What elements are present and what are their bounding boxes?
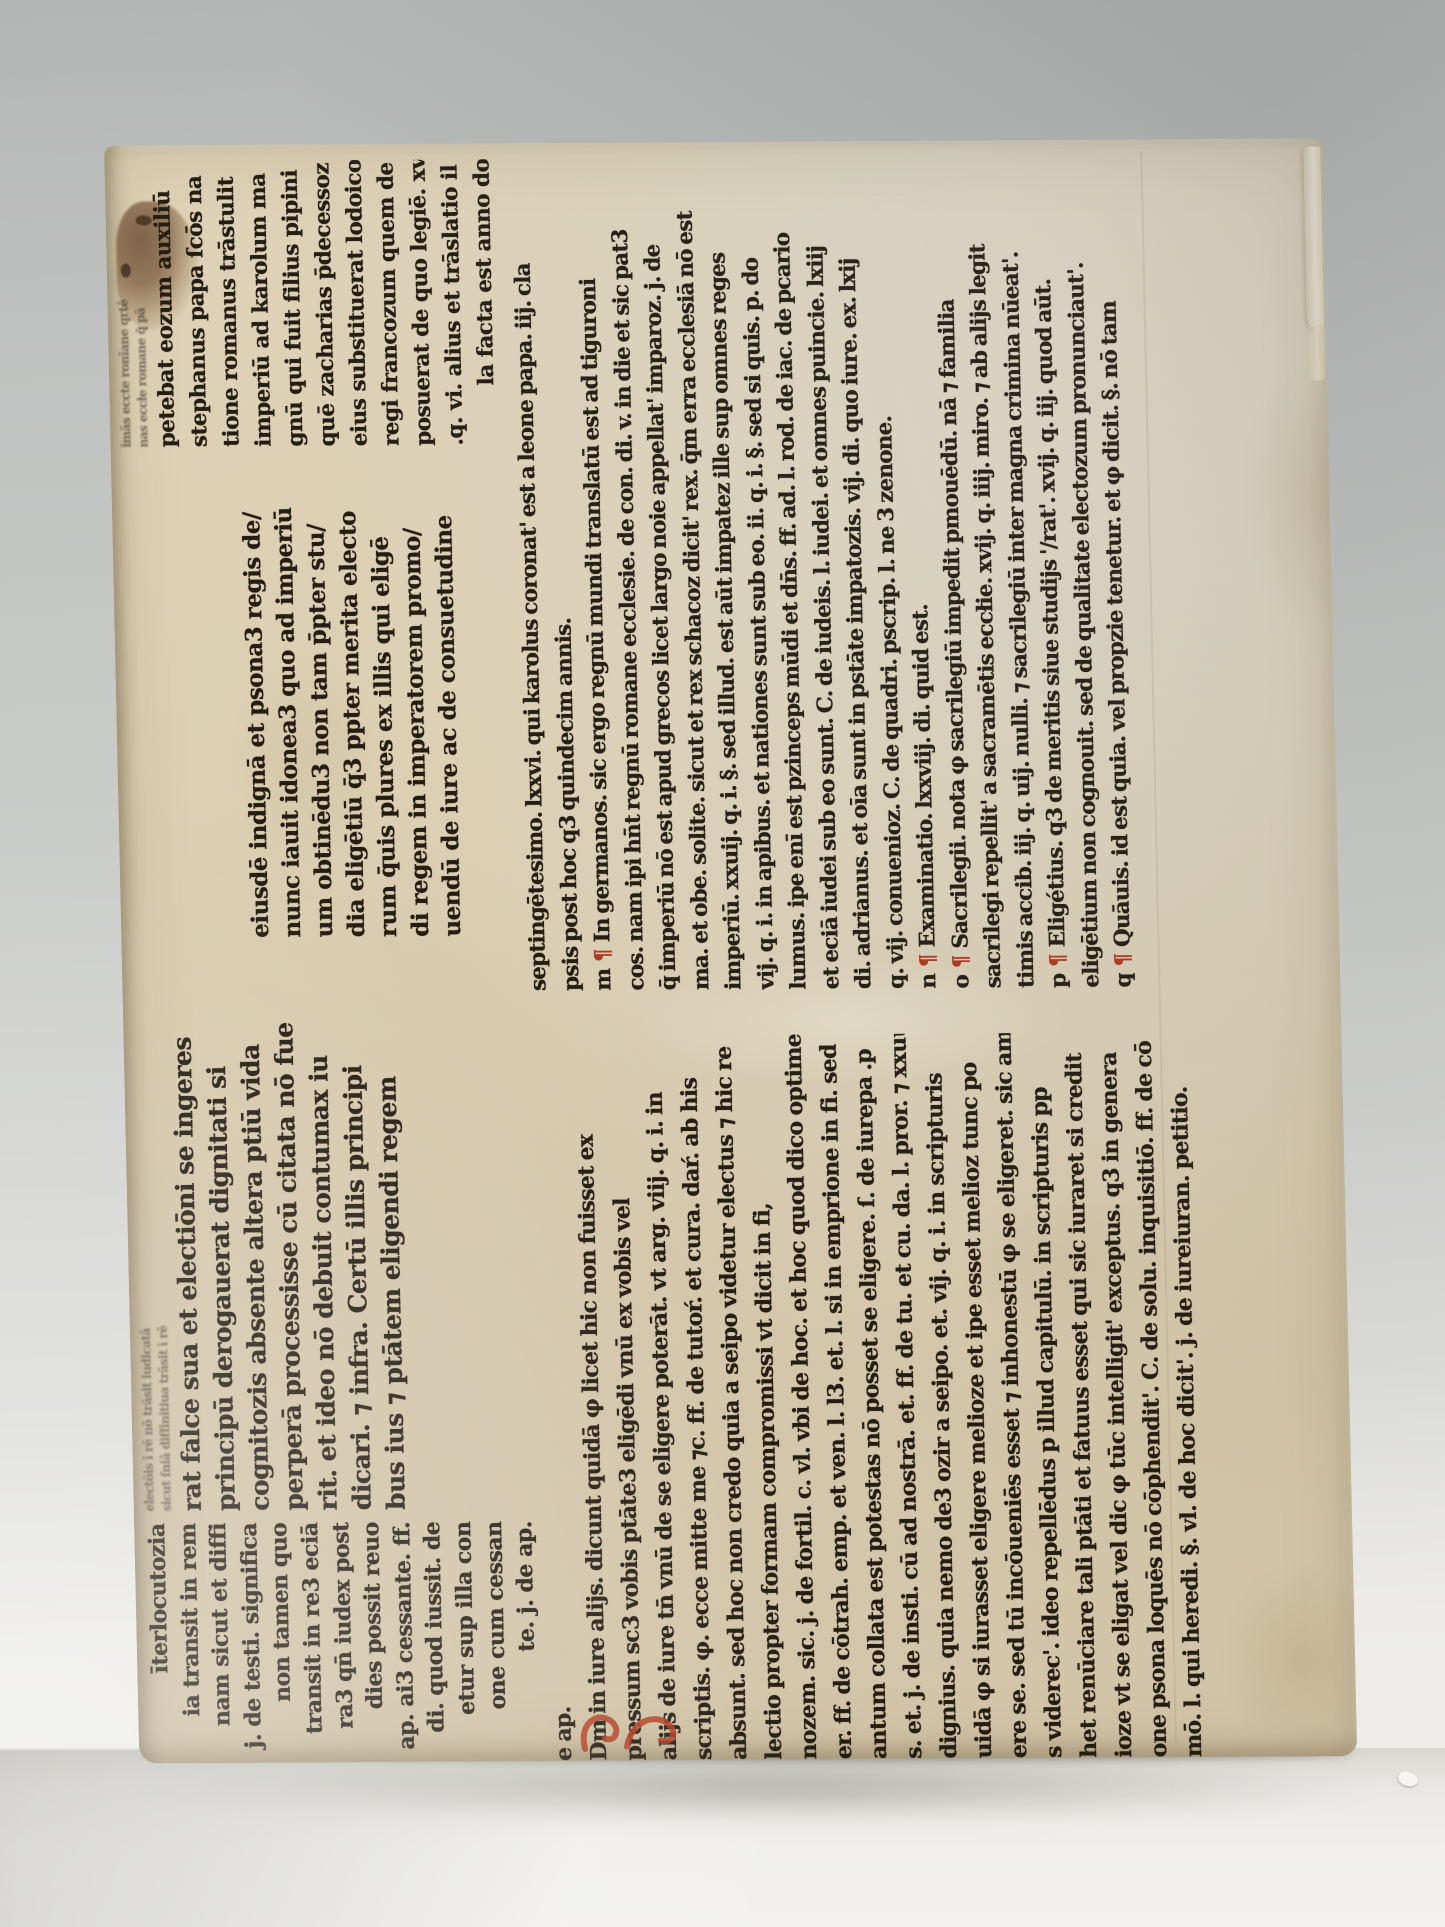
rubric-pilcrow: ¶ [1046, 952, 1071, 969]
printed-column-lower-left: electōis ī rē nō trāsit iudicatāsicut ſn… [130, 982, 414, 1512]
rotated-text: eiusdē indignā et psona3 regis de/nunc i… [235, 482, 469, 938]
red-ink-flourish [574, 1702, 685, 1759]
text-line: la facta est anno domini [466, 159, 504, 445]
rubric-pilcrow: ¶ [916, 952, 941, 969]
text-line: dies possit reuo [356, 1522, 392, 1760]
text-line: di. quod iussit. de [417, 1522, 453, 1760]
vellum-bound-book: imās eccte ronīane qrtēnas eccłe romane … [104, 138, 1357, 1763]
printed-column-top: imās eccte ronīane qrtēnas eccłe romane … [112, 159, 504, 447]
rotated-text: electōis ī rē nō trāsit iudicatāsicut ſn… [130, 982, 414, 1512]
rotated-text: īterlocutoziaia transit in remnam sicut … [142, 1521, 545, 1761]
printed-column-bottom-left: īterlocutoziaia transit in remnam sicut … [142, 1521, 545, 1761]
rubric-pilcrow: ¶ [1111, 952, 1136, 969]
fore-edge-sliver [1303, 146, 1324, 328]
rubric-pilcrow: ¶ [591, 947, 616, 964]
rotated-text: septingētesimo. lxxvi. qui karolus coron… [505, 147, 1141, 991]
rotated-text: imās eccte ronīane qrtēnas eccłe romane … [112, 159, 504, 447]
photograph-stage: imās eccte ronīane qrtēnas eccłe romane … [0, 0, 1445, 1927]
parchment-stain [1235, 356, 1358, 637]
text-line: nam sicut et diffi [203, 1523, 239, 1761]
rubric-pilcrow: ¶ [948, 953, 973, 970]
text-line: etur sup illa con [448, 1521, 484, 1759]
printed-column-mid-left: eiusdē indignā et psona3 regis de/nunc i… [235, 482, 469, 938]
text-line: te. j. de ap. [509, 1521, 545, 1759]
rotated-text: e ap.Dm in iure alijs. dicunt quidā φ li… [531, 1032, 1212, 1761]
printed-column-right: septingētesimo. lxxvi. qui karolus coron… [505, 147, 1141, 991]
fore-edge-step [1306, 323, 1325, 381]
text-line: transit in re3 eciā [295, 1522, 331, 1760]
book-shadow [120, 1752, 1390, 1822]
printed-column-lower-right: e ap.Dm in iure alijs. dicunt quidā φ li… [531, 1032, 1212, 1761]
parchment-stain [1215, 1558, 1357, 1759]
text-line: īterlocutozia [142, 1523, 178, 1761]
